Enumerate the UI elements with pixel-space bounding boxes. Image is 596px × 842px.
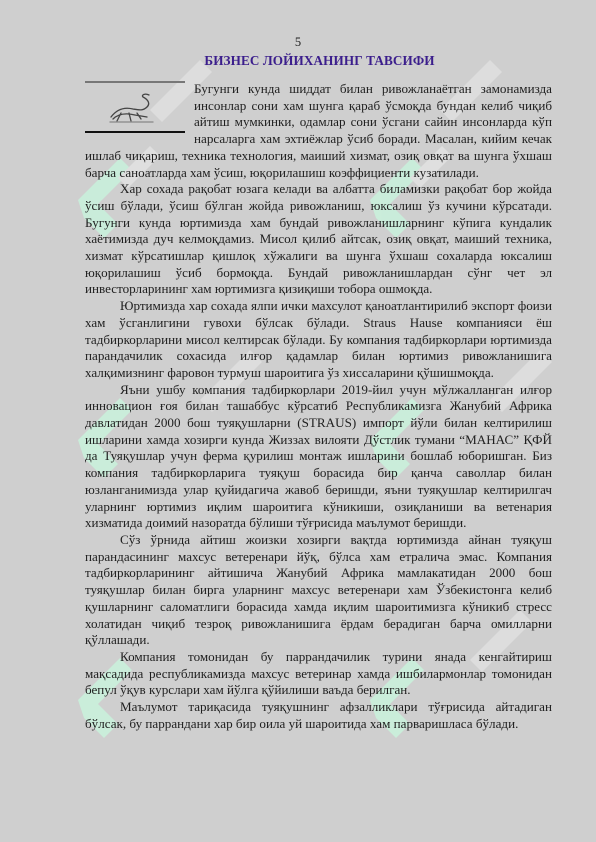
paragraph: Компания томонидан бу паррандачилик тури…	[85, 649, 552, 699]
figure-top-rule	[85, 81, 185, 83]
paragraph: Хар сохада рақобат юзага келади ва албат…	[85, 181, 552, 298]
paragraph: Сўз ўрнида айтиш жоизки хозирги вақтда ю…	[85, 532, 552, 649]
paragraph: Маълумот тариқасида туяқушнинг афзалликл…	[85, 699, 552, 732]
page-number: 5	[0, 35, 596, 50]
paragraph: Яъни ушбу компания тадбиркорлари 2019-йи…	[85, 382, 552, 532]
document-title: БИЗНЕС ЛОЙИХАНИНГ ТАВСИФИ	[0, 53, 596, 69]
figure-image	[85, 81, 185, 135]
document-body: Бугунги кунда шиддат билан ривожланаётга…	[85, 81, 552, 732]
lizard-icon	[107, 89, 163, 125]
figure-bottom-rule	[85, 131, 185, 133]
paragraph: Юртимизда хар сохада ялпи ички махсулот …	[85, 298, 552, 382]
paragraph: Бугунги кунда шиддат билан ривожланаётга…	[85, 81, 552, 181]
